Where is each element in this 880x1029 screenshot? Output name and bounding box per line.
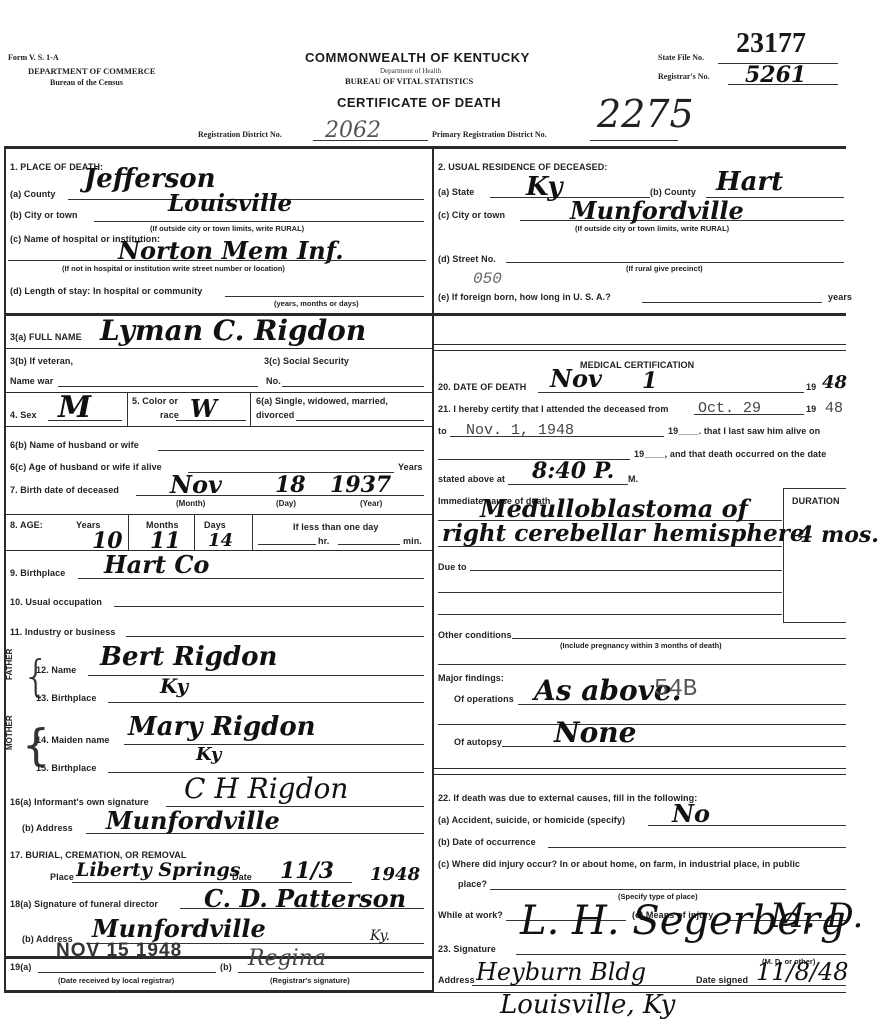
- attended-from-year: 48: [825, 400, 843, 417]
- bureau-left: Bureau of the Census: [50, 78, 123, 87]
- burial-place: Liberty Springs: [76, 859, 240, 881]
- state-file-number: 23177: [736, 28, 806, 60]
- hours-label: hr.: [318, 536, 329, 546]
- mother-bracket: {: [22, 724, 50, 768]
- date-received-caption: (Date received by local registrar): [58, 976, 174, 985]
- operations-code: 54B: [654, 676, 697, 703]
- father-name-value: Bert Rigdon: [100, 642, 277, 672]
- autopsy-label: Of autopsy: [454, 737, 502, 747]
- mother-birthplace-label: 15. Birthplace: [36, 763, 96, 773]
- attended-to-label: to: [438, 426, 447, 436]
- residence-state-label: (a) State: [438, 187, 474, 197]
- veteran-label: 3(b) If veteran,: [10, 356, 73, 366]
- burial-date-label: Date: [232, 872, 252, 882]
- birth-day: 18: [275, 472, 306, 498]
- burial-year: 1948: [370, 864, 420, 885]
- place-label: place?: [458, 879, 487, 889]
- attended-from: Oct. 29: [698, 400, 761, 417]
- bureau-center: BUREAU OF VITAL STATISTICS: [345, 76, 473, 86]
- date-of-death-label: 20. DATE OF DEATH: [438, 382, 526, 392]
- funeral-director-signature: C. D. Patterson: [204, 884, 406, 913]
- month-caption: (Month): [176, 499, 205, 508]
- father-birthplace-value: Ky: [160, 674, 188, 698]
- residence-heading: 2. USUAL RESIDENCE OF DECEASED:: [438, 162, 607, 172]
- attended-from-year-prefix: 19: [806, 404, 816, 414]
- due-to-label: Due to: [438, 562, 467, 572]
- primary-registration-number: 2275: [597, 92, 694, 136]
- certify-label: 21. I hereby certify that I attended the…: [438, 404, 668, 414]
- other-conditions-label: Other conditions: [438, 630, 512, 640]
- burial-date: 11/3: [280, 858, 334, 884]
- full-name-label: 3(a) FULL NAME: [10, 332, 82, 342]
- death-city-note: (If outside city or town limits, write R…: [150, 224, 304, 233]
- date-of-death-year-prefix: 19: [806, 382, 816, 392]
- attended-to: Nov. 1, 1948: [466, 422, 574, 439]
- divorced-label: divorced: [256, 410, 294, 420]
- spouse-age-label: 6(c) Age of husband or wife if alive: [10, 462, 162, 472]
- cause-line-2: right cerebellar hemisphere: [442, 520, 804, 547]
- registration-district-label: Registration District No.: [198, 130, 282, 139]
- residence-city-note: (If outside city or town limits, write R…: [575, 224, 729, 233]
- day-caption: (Day): [276, 499, 296, 508]
- residence-state-value: Ky: [526, 172, 563, 202]
- other-conditions-note: (Include pregnancy within 3 months of de…: [560, 641, 722, 650]
- department-left: DEPARTMENT OF COMMERCE: [28, 66, 156, 76]
- registrar-signature: Regina: [248, 946, 326, 971]
- department-center: Department of Health: [380, 67, 441, 75]
- last-seen-text: 19____. that I last saw him alive on: [668, 426, 820, 436]
- registrars-number: 5261: [745, 62, 806, 88]
- birth-month: Nov: [170, 470, 222, 499]
- foreign-born-label: (e) If foreign born, how long in U. S. A…: [438, 292, 611, 302]
- duration-value: 4 mos.: [798, 522, 879, 548]
- foreign-born-suffix: years: [828, 292, 852, 302]
- where-injury-label: (c) Where did injury occur? In or about …: [438, 859, 800, 869]
- state-file-label: State File No.: [658, 53, 704, 62]
- full-name-value: Lyman C. Rigdon: [100, 314, 366, 347]
- age-label: 8. AGE:: [10, 520, 43, 530]
- primary-registration-label: Primary Registration District No.: [432, 130, 547, 139]
- major-findings-label: Major findings:: [438, 673, 504, 683]
- operations-label: Of operations: [454, 694, 514, 704]
- death-occurred-text: 19____, and that death occurred on the d…: [634, 449, 826, 459]
- state-title: COMMONWEALTH OF KENTUCKY: [305, 50, 530, 65]
- year-caption: (Year): [360, 499, 382, 508]
- birthplace-value: Hart Co: [104, 550, 209, 579]
- marital-label: 6(a) Single, widowed, married,: [256, 396, 388, 406]
- occupation-label: 10. Usual occupation: [10, 597, 102, 607]
- mother-name-label: 14. Maiden name: [36, 735, 110, 745]
- informant-signature: C H Rigdon: [184, 772, 348, 805]
- external-causes-heading: 22. If death was due to external causes,…: [438, 793, 697, 803]
- length-of-stay-label: (d) Length of stay: In hospital or commu…: [10, 286, 202, 296]
- birthplace-label: 9. Birthplace: [10, 568, 65, 578]
- age-days-label: Days: [204, 520, 226, 530]
- birth-year: 1937: [330, 472, 391, 498]
- time-of-death-suffix: M.: [628, 474, 638, 484]
- physician-address-label: Address: [438, 975, 475, 985]
- spouse-age-suffix: Years: [398, 462, 423, 472]
- funeral-director-address-state: Ky.: [370, 928, 390, 944]
- date-of-death-year: 48: [822, 372, 847, 393]
- death-county-label: (a) County: [10, 189, 56, 199]
- autopsy-value: None: [554, 716, 636, 749]
- mother-name-value: Mary Rigdon: [128, 712, 316, 742]
- date-of-death-month: Nov: [550, 364, 602, 393]
- registrars-number-label: Registrar's No.: [658, 72, 710, 81]
- duration-label: DURATION: [792, 496, 840, 506]
- street-note: (If rural give precinct): [626, 264, 703, 273]
- registrar-signature-caption: (Registrar's signature): [270, 976, 350, 985]
- stated-above-label: stated above at: [438, 474, 505, 484]
- father-name-label: 12. Name: [36, 665, 76, 675]
- burial-place-label: Place: [50, 872, 74, 882]
- date-of-occurrence-label: (b) Date of occurrence: [438, 837, 536, 847]
- mother-side-label: MOTHER: [5, 715, 14, 750]
- time-of-death: 8:40 P.: [532, 458, 614, 484]
- social-security-no-label: No.: [266, 376, 281, 386]
- industry-label: 11. Industry or business: [10, 627, 115, 637]
- physician-address-line-2: Louisville, Ky: [500, 990, 675, 1020]
- registrar-signature-label: (b): [220, 962, 232, 972]
- war-label: Name war: [10, 376, 53, 386]
- minutes-label: min.: [403, 536, 422, 546]
- registration-district-number: 2062: [325, 118, 381, 143]
- physician-signature-label: 23. Signature: [438, 944, 496, 954]
- street-code: 050: [473, 270, 502, 288]
- race-value: W: [190, 394, 217, 423]
- race-label: race: [160, 410, 179, 420]
- father-side-label: FATHER: [5, 649, 14, 680]
- cause-line-1: Medulloblastoma of: [480, 494, 748, 523]
- street-label: (d) Street No.: [438, 254, 496, 264]
- funeral-director-label: 18(a) Signature of funeral director: [10, 899, 158, 909]
- certificate-title: CERTIFICATE OF DEATH: [337, 95, 501, 110]
- residence-city-value: Munfordville: [570, 196, 744, 225]
- residence-county-value: Hart: [716, 167, 783, 197]
- date-signed-label: Date signed: [696, 975, 748, 985]
- color-label: 5. Color or: [132, 396, 178, 406]
- form-number: Form V. S. 1-A: [8, 53, 59, 62]
- date-of-death-day: 1: [642, 368, 657, 394]
- physician-address: Heyburn Bldg: [476, 958, 646, 986]
- death-city-label: (b) City or town: [10, 210, 78, 220]
- date-received-label: 19(a): [10, 962, 32, 972]
- social-security-label: 3(c) Social Security: [264, 356, 349, 366]
- physician-title: M. D.: [770, 896, 863, 936]
- death-city-value: Louisville: [168, 190, 292, 217]
- date-signed: 11/8/48: [756, 958, 849, 986]
- hospital-note: (If not in hospital or institution write…: [62, 264, 285, 273]
- birth-date-label: 7. Birth date of deceased: [10, 485, 119, 495]
- less-than-day-label: If less than one day: [293, 522, 379, 532]
- accident-value: No: [672, 799, 710, 828]
- residence-city-label: (c) City or town: [438, 210, 505, 220]
- accident-label: (a) Accident, suicide, or homicide (spec…: [438, 815, 625, 825]
- father-birthplace-label: 13. Birthplace: [36, 693, 96, 703]
- length-of-stay-note: (years, months or days): [274, 299, 359, 308]
- sex-value: M: [58, 390, 91, 425]
- mother-birthplace-value: Ky: [196, 744, 221, 765]
- spouse-name-label: 6(b) Name of husband or wife: [10, 440, 139, 450]
- funeral-director-address: Munfordville: [92, 914, 266, 943]
- date-received-stamp: NOV 15 1948: [56, 940, 182, 962]
- informant-address-label: (b) Address: [22, 823, 73, 833]
- informant-address: Munfordville: [106, 806, 280, 835]
- age-days: 14: [208, 530, 233, 551]
- while-at-work-label: While at work?: [438, 910, 503, 920]
- sex-label: 4. Sex: [10, 410, 37, 420]
